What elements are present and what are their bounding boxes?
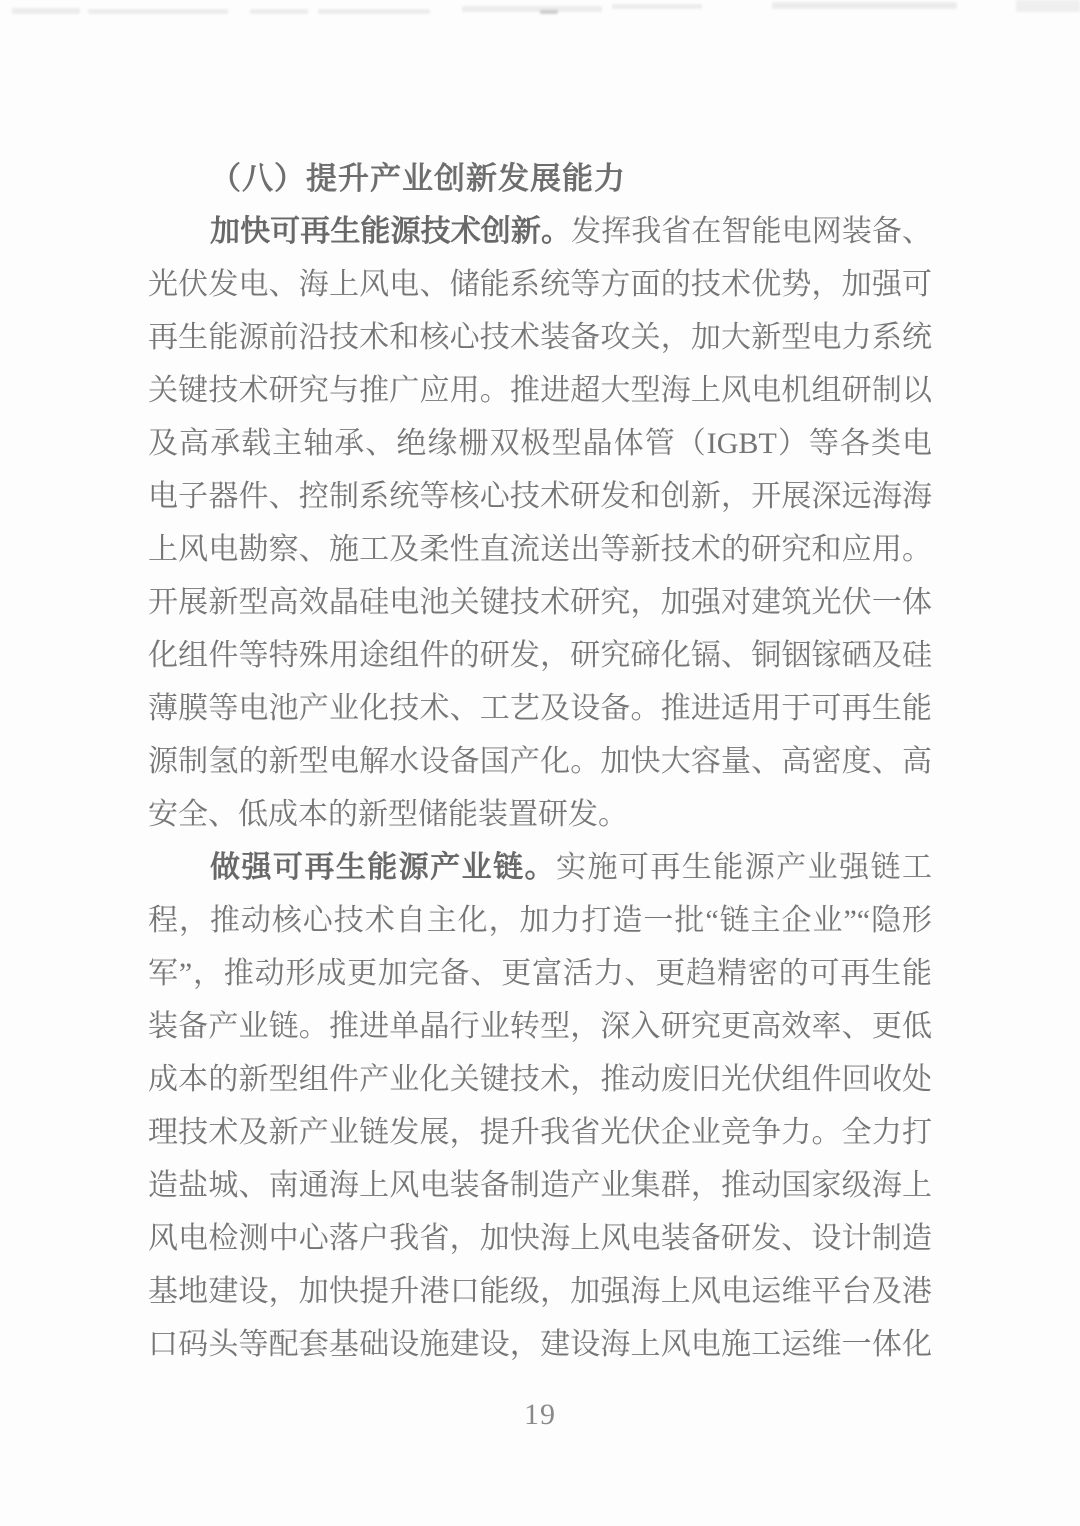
body-text: 安全、低成本的新型储能装置研发。 xyxy=(148,798,628,831)
text-line: 电子器件、控制系统等核心技术研发和创新，开展深远海海 xyxy=(148,470,932,523)
page-number-label: 19 xyxy=(0,1398,1080,1432)
text-line: 风电检测中心落户我省，加快海上风电装备研发、设计制造 xyxy=(148,1212,932,1265)
text-line: 开展新型高效晶硅电池关键技术研究，加强对建筑光伏一体 xyxy=(148,576,932,629)
text-line: 口码头等配套基础设施建设，建设海上风电施工运维一体化 xyxy=(148,1318,932,1371)
scan-artifact xyxy=(88,9,228,14)
text-line: 关键技术研究与推广应用。推进超大型海上风电机组研制以 xyxy=(148,364,932,417)
text-line: 安全、低成本的新型储能装置研发。 xyxy=(148,788,932,841)
body-text: 光伏发电、海上风电、储能系统等方面的技术优势，加强可 xyxy=(148,268,932,301)
body-text: 实施可再生能源产业强链工 xyxy=(556,851,932,884)
lead-in-text: 做强可再生能源产业链。 xyxy=(210,851,556,884)
text-line: 成本的新型组件产业化关键技术，推动废旧光伏组件回收处 xyxy=(148,1053,932,1106)
body-text: 成本的新型组件产业化关键技术，推动废旧光伏组件回收处 xyxy=(148,1063,932,1096)
scan-artifact xyxy=(318,9,430,14)
text-line: 基地建设，加快提升港口能级，加强海上风电运维平台及港 xyxy=(148,1265,932,1318)
text-line: 理技术及新产业链发展，提升我省光伏企业竞争力。全力打 xyxy=(148,1106,932,1159)
body-text: 开展新型高效晶硅电池关键技术研究，加强对建筑光伏一体 xyxy=(148,586,932,619)
text-line: 源制氢的新型电解水设备国产化。加快大容量、高密度、高 xyxy=(148,735,932,788)
body-text: 口码头等配套基础设施建设，建设海上风电施工运维一体化 xyxy=(148,1328,932,1361)
body-text: 程，推动核心技术自主化，加力打造一批“链主企业”“隐形冠 xyxy=(148,904,932,947)
text-line: 再生能源前沿技术和核心技术装备攻关，加大新型电力系统 xyxy=(148,311,932,364)
text-line: 军”，推动形成更加完备、更富活力、更趋精密的可再生能源 xyxy=(148,947,932,1000)
scan-artifact xyxy=(462,6,602,12)
text-line: 程，推动核心技术自主化，加力打造一批“链主企业”“隐形冠 xyxy=(148,894,932,947)
body-text: 理技术及新产业链发展，提升我省光伏企业竞争力。全力打 xyxy=(148,1116,932,1149)
body-text: 发挥我省在智能电网装备、 xyxy=(571,215,932,248)
text-line: 装备产业链。推进单晶行业转型，深入研究更高效率、更低 xyxy=(148,1000,932,1053)
body-text: 电子器件、控制系统等核心技术研发和创新，开展深远海海 xyxy=(148,480,932,513)
document-body: 加快可再生能源技术创新。发挥我省在智能电网装备、光伏发电、海上风电、储能系统等方… xyxy=(148,205,932,1371)
text-line: 造盐城、南通海上风电装备制造产业集群，推动国家级海上 xyxy=(148,1159,932,1212)
scanned-document-page: （八）提升产业创新发展能力 加快可再生能源技术创新。发挥我省在智能电网装备、光伏… xyxy=(0,0,1080,1526)
document-content: （八）提升产业创新发展能力 加快可再生能源技术创新。发挥我省在智能电网装备、光伏… xyxy=(148,152,932,1371)
scan-artifact xyxy=(12,8,80,14)
body-text: 关键技术研究与推广应用。推进超大型海上风电机组研制以 xyxy=(148,374,932,407)
body-text: 装备产业链。推进单晶行业转型，深入研究更高效率、更低 xyxy=(148,1010,932,1043)
body-text: 及高承载主轴承、绝缘栅双极型晶体管（IGBT）等各类电力 xyxy=(148,427,932,470)
text-line: 加快可再生能源技术创新。发挥我省在智能电网装备、 xyxy=(148,205,932,258)
scan-artifact xyxy=(1016,0,1080,12)
body-text: 薄膜等电池产业化技术、工艺及设备。推进适用于可再生能 xyxy=(148,692,932,725)
text-line: 薄膜等电池产业化技术、工艺及设备。推进适用于可再生能 xyxy=(148,682,932,735)
body-text: 上风电勘察、施工及柔性直流送出等新技术的研究和应用。 xyxy=(148,533,932,566)
scan-artifact xyxy=(250,9,308,14)
lead-in-text: 加快可再生能源技术创新。 xyxy=(210,215,571,248)
body-text: 再生能源前沿技术和核心技术装备攻关，加大新型电力系统 xyxy=(148,321,932,354)
text-line: 及高承载主轴承、绝缘栅双极型晶体管（IGBT）等各类电力 xyxy=(148,417,932,470)
scan-artifact xyxy=(612,4,702,9)
body-text: 风电检测中心落户我省，加快海上风电装备研发、设计制造 xyxy=(148,1222,932,1255)
text-line: 化组件等特殊用途组件的研发，研究碲化镉、铜铟镓硒及硅 xyxy=(148,629,932,682)
section-heading: （八）提升产业创新发展能力 xyxy=(148,152,932,205)
scan-artifact xyxy=(772,2,957,9)
text-line: 上风电勘察、施工及柔性直流送出等新技术的研究和应用。 xyxy=(148,523,932,576)
body-text: 造盐城、南通海上风电装备制造产业集群，推动国家级海上 xyxy=(148,1169,932,1202)
body-text: 基地建设，加快提升港口能级，加强海上风电运维平台及港 xyxy=(148,1275,932,1308)
scan-artifact xyxy=(540,10,558,14)
body-text: 军”，推动形成更加完备、更富活力、更趋精密的可再生能源 xyxy=(148,957,932,1000)
body-text: 化组件等特殊用途组件的研发，研究碲化镉、铜铟镓硒及硅 xyxy=(148,639,932,672)
text-line: 做强可再生能源产业链。实施可再生能源产业强链工 xyxy=(148,841,932,894)
body-text: 源制氢的新型电解水设备国产化。加快大容量、高密度、高 xyxy=(148,745,932,778)
text-line: 光伏发电、海上风电、储能系统等方面的技术优势，加强可 xyxy=(148,258,932,311)
